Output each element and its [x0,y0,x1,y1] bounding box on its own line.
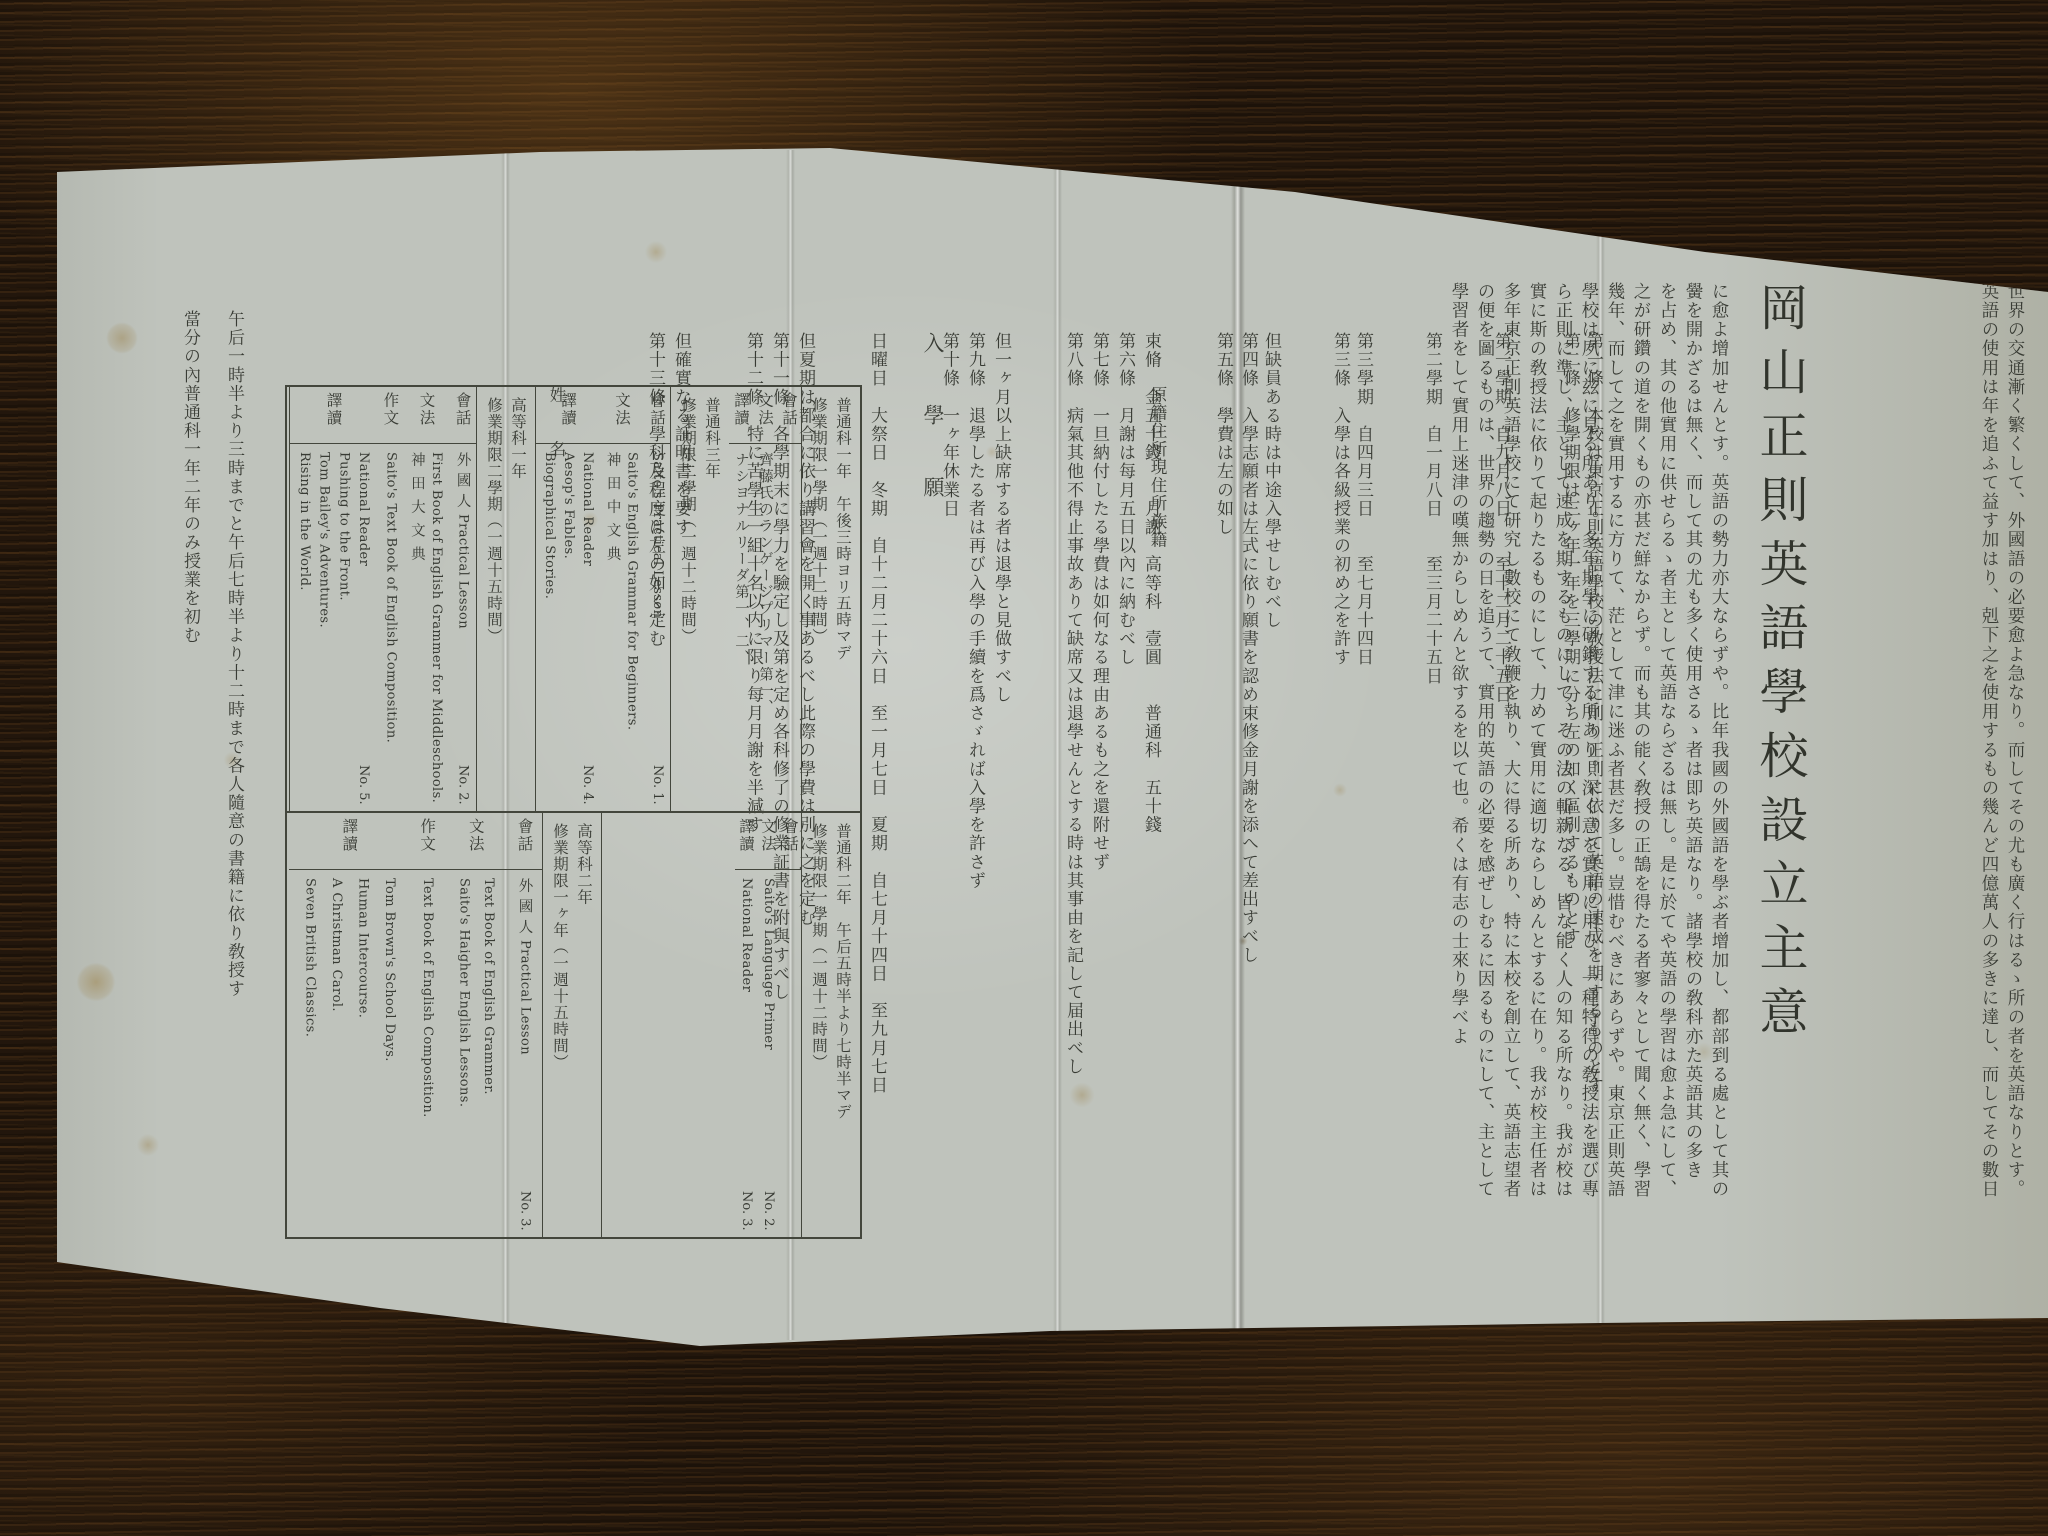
closing-note-column: 當分の內普通科一年二年のみ授業を初む [178,310,222,1170]
course-group-body: 會話文法齊藤氏のランゲージプリマー第一、譯讀ナシヨナルリーダ第一、二、 [729,387,802,811]
subject-books: Saito's Text Book of English Composition… [377,444,404,811]
course-name: 高等科一年 [506,397,530,805]
textbook-column: 神田中文典 [605,452,621,805]
subject-band: 文法 [445,813,507,870]
course-group: 普通科二年 午后五時半より七時半マデ修業期限一學期（一週十二時間）會話文法Sai… [735,813,860,1237]
subject-band: 文法 [757,813,779,870]
course-group-header: 普通科三年修業期限二學期（一週十二時間） [671,387,729,811]
course-group: 高等科二年修業期限一ヶ年（一週十五時間）會話外國人Practical Lesso… [289,813,601,1237]
article-column: 第一條 本校は東京正則英語學校の敎授法に則り正則に依りて英語の速成を期するものと… [1581,332,1604,1240]
course-group-body: 會話外國人Practical LessonNo. 2.文法First Book … [290,387,477,811]
textbook-title-en: Biographical Stories. [541,452,557,599]
subject-band: 作文 [377,387,404,444]
course-group: 普通科三年修業期限二學期（一週十二時間）會話Saito's Practical … [535,387,729,811]
subject-section: 文法齊藤氏のランゲージプリマー第一、 [753,387,777,811]
textbook-number: No. 2. [760,1181,776,1231]
textbook-title-en: Text Book of English Grammer. [480,878,496,1095]
textbook-column: First Book of English Grammer for Middle… [428,452,444,805]
textbook-title-en: Text Book of English Composition. [419,878,435,1118]
subject-books: Saito's Practical LessonNo. 1. [644,444,670,811]
subject-band: 會話 [779,813,801,870]
subject-section: 會話外國人Practical LessonNo. 2. [449,387,476,811]
subject-books: Text Book of English Composition. [410,870,445,1237]
regulation-column: 第十條 一ヶ年休業日 [936,332,962,1244]
closing-note-column: 岡山市東田町蓮昌寺不染院（新築まで） [0,310,178,1170]
subject-books [779,870,801,1237]
article-column: 第一學期 自九月八日 至十二月二十五日 [1489,332,1558,1240]
essay-column: 英語の使用は年を追ふて益す加はり、剋下之を使用するもの幾んど四億萬人の多きに達し… [1976,282,2002,1222]
articles-1-4-panel: 第一條 本校は東京正則英語學校の敎授法に則り正則に依りて英語の速成を期するものと… [1396,332,1604,1240]
textbook-title-en: Tom Bailey's Adventures. [316,452,332,628]
course-group-header: 高等科一年修業期限二學期（一週十五時間） [477,387,535,811]
article-column: 第二學期 自一月八日 至三月二十五日 [1420,332,1489,1240]
subject-label: 作文 [379,387,401,443]
course-period: 修業期限二學期（一週十五時間） [482,397,506,805]
textbook-column: Saito's Language PrimerNo. 2. [760,878,776,1231]
textbook-title-en: First Book of English Grammer for Middle… [428,452,444,803]
course-group: 高等科一年修業期限二學期（一週十五時間）會話外國人Practical Lesso… [289,387,535,811]
regulation-column: 第七條 一旦納付したる學費は如何なる理由あるも之を還附せず [1086,332,1112,1244]
textbook-column: 神田大文典 [409,452,425,805]
textbook-column: Seven British Classics. [302,878,318,1231]
subject-label: 譯讀 [735,813,757,869]
subject-label: 譯讀 [323,387,345,443]
textbook-note: 外國人 [516,878,532,940]
subject-label: 會話 [452,387,474,443]
subject-books: 外國人Practical LessonNo. 2. [449,444,476,811]
subject-books: Saito's Language PrimerNo. 2. [757,870,779,1237]
subject-books: Tom Brown's School Days.Human Intercours… [289,870,410,1237]
textbook-column: 齊藤氏のランゲージプリマー第一、 [757,452,773,805]
textbook-column: Text Book of English Composition. [419,878,435,1231]
course-name: 高等科二年 [572,823,596,1231]
subject-label: 文法 [416,387,438,443]
essay-column: に愈よ增加せんとす。英語の勢力亦大ならずや。比年我國の外國語を學ぶ者增加し、都部… [1706,282,1732,1222]
subject-section: 會話 [777,387,801,811]
subject-section: 會話 [779,813,801,1237]
essay-column: 世界の交通漸く繁くして、外國語の必要愈よ急なり。而してその尤も廣く行はるゝ所の者… [2002,282,2028,1222]
subject-band: 譯讀 [290,387,377,444]
subject-band: 會話 [644,387,670,444]
subject-books: ナシヨナルリーダ第一、二、 [729,444,753,811]
textbook-number: No. 2. [455,755,471,805]
closing-note-column: 午后一時半より三時までと午后七時半より十二時まで各人隨意の書籍に依り敎授す [222,310,266,1170]
subject-label: 譯讀 [730,387,752,443]
subject-section: 文法Text Book of English Grammer.Saito's H… [445,813,507,1237]
textbook-title-en: A Christman Carol. [328,878,344,1012]
subject-label: 會話 [513,813,535,869]
textbook-title-en: Saito's English Grammar for Beginners. [623,452,639,730]
subject-label: 文法 [757,813,779,869]
regulation-column: 束脩 金五十錢 月謝 高等科 壹圓 普通科 五十錢 [1138,332,1210,1244]
subject-band: 文法 [404,387,450,444]
textbook-title-en: Practical Lesson [455,514,471,629]
subject-section: 譯讀National ReaderNo. 3. [735,813,757,1237]
regulation-column: 第六條 月謝は每月五日以內に納むべし [1112,332,1138,1244]
textbook-column: National ReaderNo. 5. [355,452,371,805]
textbook-title-en: Saito's Practical Lesson [649,452,665,618]
course-group-body: 會話外國人Practical LessonNo. 3.文法Text Book o… [289,813,543,1237]
course-group-body: 會話文法Saito's Language PrimerNo. 2.譯讀Natio… [735,813,802,1237]
subject-label: 譯讀 [338,813,360,869]
textbook-title-en: Practical Lesson [516,940,532,1055]
textbook-column: National ReaderNo. 3. [738,878,754,1231]
textbook-title-jp: 神田中文典 [605,452,621,570]
subject-section: 文法Saito's English Grammar for Beginners.… [600,387,644,811]
essay-column: 幾年、而して之を實用するに方りて、茫として津に迷ふ者甚だ多し。豈惜むべきにあらず… [1602,282,1628,1222]
course-period: 修業期限二學期（一週十二時間） [676,397,700,805]
course-group: 普通科一年 午後三時ヨリ五時マデ修業期限一學期（一週十二時間）會話文法齊藤氏のラ… [729,387,860,811]
subject-label: 文法 [465,813,487,869]
subject-band: 譯讀 [289,813,410,870]
course-group-header: 普通科一年 午後三時ヨリ五時マデ修業期限一學期（一週十二時間） [802,387,860,811]
textbook-title-jp: 神田大文典 [409,452,425,570]
subject-section: 會話Saito's Practical LessonNo. 1. [644,387,670,811]
subject-band: 文法 [600,387,644,444]
closing-notes-panel: 午后一時半より三時までと午后七時半より十二時まで各人隨意の書籍に依り敎授す當分の… [88,310,266,1170]
subject-books: National ReaderNo. 3. [735,870,757,1237]
textbook-title-en: Saito's Haigher English Lessons. [455,878,471,1107]
textbook-column: Human Intercourse. [355,878,371,1231]
textbook-title-en: National Reader [738,878,754,992]
textbook-title-en: Saito's Text Book of English Composition… [382,452,398,743]
textbook-column: 外國人Practical LessonNo. 2. [455,452,471,805]
subject-label: 譯讀 [557,387,579,443]
textbook-title-en: Rising in the World. [296,452,312,591]
curriculum-table: 普通科一年 午後三時ヨリ五時マデ修業期限一學期（一週十二時間）會話文法齊藤氏のラ… [285,385,862,1239]
application-form: 原籍住所現住所族籍姓 名生年月日私儀御校何科何年級に入學致度此段奉願候也年月日右… [1236,386,1408,1286]
subject-band: 文法 [753,387,777,444]
textbook-column: A Christman Carol. [328,878,344,1231]
subject-label: 會話 [646,387,668,443]
subject-label: 作文 [416,813,438,869]
subject-books [777,444,801,811]
subject-label: 文法 [611,387,633,443]
textbook-column: Tom Brown's School Days. [381,878,397,1231]
course-period: 修業期限一學期（一週十二時間） [807,823,831,1231]
subject-label: 會話 [779,813,801,869]
subject-books: Text Book of English Grammer.Saito's Hai… [445,870,507,1237]
subject-band: 譯讀 [735,813,757,870]
subject-books: 外國人Practical LessonNo. 3. [507,870,542,1237]
regulation-column: 但一ヶ月以上缺席する者は退學と見做すべし [988,332,1060,1244]
subject-section: 作文Saito's Text Book of English Compositi… [377,387,404,811]
textbook-column: 外國人Practical LessonNo. 3. [516,878,532,1231]
textbook-column: Saito's Haigher English Lessons. [455,878,471,1231]
course-table-row: 普通科一年 午後三時ヨリ五時マデ修業期限一學期（一週十二時間）會話文法齊藤氏のラ… [287,387,860,811]
textbook-title-en: National Reader [579,452,595,566]
textbook-number: No. 3. [738,1181,754,1231]
textbook-column: Saito's Text Book of English Composition… [382,452,398,805]
regulation-column: 第八條 病氣其他不得止事故ありて缺席又は退學せんとする時は其事由を記して届出べし [1060,332,1086,1244]
textbook-column: Saito's Practical LessonNo. 1. [649,452,665,805]
textbook-title-en: Aesop's Fables. [560,452,576,559]
subject-section: 譯讀ナシヨナルリーダ第一、二、 [729,387,753,811]
founding-statement-panel: 世界の交通漸く繁くして、外國語の必要愈よ急なり。而してその尤も廣く行はるゝ所の者… [1598,282,2028,1222]
essay-column: を占め、其の他實用に供せらるゝ者主として英語ならざるは無し。是に於てや英語の學習… [1654,282,1680,1222]
main-title: 岡山正則英語學校設立主意 [1747,282,1961,1222]
textbook-number: No. 5. [355,755,371,805]
course-name: 普通科三年 [700,397,724,805]
subject-band: 會話 [507,813,542,870]
subject-band: 會話 [777,387,801,444]
textbook-title-jp: ナシヨナルリーダ第一、二、 [733,452,749,667]
subject-label: 會話 [778,387,800,443]
subject-section: 譯讀National ReaderNo. 4.Aesop's Fables.Bi… [536,387,600,811]
textbook-column: ナシヨナルリーダ第一、二、 [733,452,749,805]
textbook-column: Pushing to the Front. [335,452,351,805]
textbook-title-en: Seven British Classics. [302,878,318,1037]
course-name: 普通科二年 午后五時半より七時半マデ [831,823,855,1231]
article-column: 第二條 修學期限は三ヶ年一年を三學期に分ち左の如く區別するものとす [1558,332,1581,1240]
subject-section: 文法Saito's Language PrimerNo. 2. [757,813,779,1237]
textbook-column: Rising in the World. [296,452,312,805]
essay-column: 之が研鑽の道を開くもの亦甚だ鮮なからず。而も其の能く敎授の正鵠を得たる者寥々とし… [1628,282,1654,1222]
textbook-title-en: Pushing to the Front. [335,452,351,601]
paper-sheet: 世界の交通漸く繁くして、外國語の必要愈よ急なり。而してその尤も廣く行はるゝ所の者… [0,0,2048,1536]
textbook-column: Aesop's Fables. [560,452,576,805]
articles-5-13-panel: 第五條 學費は左の如し束脩 金五十錢 月謝 高等科 壹圓 普通科 五十錢第六條 … [858,332,1236,1244]
course-period: 修業期限一學期（一週十二時間） [807,397,831,805]
textbook-column: Tom Bailey's Adventures. [316,452,332,805]
course-group-header: 普通科二年 午后五時半より七時半マデ修業期限一學期（一週十二時間） [802,813,860,1237]
subject-label: 文法 [754,387,776,443]
textbook-number: No. 3. [516,1181,532,1231]
photograph-of-prospectus: 世界の交通漸く繁くして、外國語の必要愈よ急なり。而してその尤も廣く行はるゝ所の者… [0,0,2048,1536]
course-group-header: 高等科二年修業期限一ヶ年（一週十五時間） [543,813,601,1237]
textbook-column: Saito's English Grammar for Beginners. [623,452,639,805]
subject-band: 作文 [410,813,445,870]
subject-section: 文法First Book of English Grammer for Midd… [404,387,450,811]
subject-section: 會話外國人Practical LessonNo. 3. [507,813,542,1237]
textbook-column: Text Book of English Grammer. [480,878,496,1231]
textbook-title-en: Tom Brown's School Days. [381,878,397,1062]
subject-band: 譯讀 [536,387,600,444]
essay-column: 黌を開かざるは無く、而して其の尤も多く使用さるゝ者は即ち英語なり。諸學校の敎科亦… [1680,282,1706,1222]
regulation-column: 第九條 退學したる者は再び入學の手續を爲さゞれば入學を許さず [962,332,988,1244]
subject-books: 齊藤氏のランゲージプリマー第一、 [753,444,777,811]
textbook-title-jp: 齊藤氏のランゲージプリマー第一、 [757,452,773,716]
subject-band: 譯讀 [729,387,753,444]
subject-books: First Book of English Grammer for Middle… [404,444,450,811]
subject-section: 作文Text Book of English Composition. [410,813,445,1237]
textbook-column: National ReaderNo. 4. [579,452,595,805]
textbook-title-en: National Reader [355,452,371,566]
subject-books: National ReaderNo. 4.Aesop's Fables.Biog… [536,444,600,811]
textbook-number: No. 4. [579,755,595,805]
course-name: 普通科一年 午後三時ヨリ五時マデ [831,397,855,805]
textbook-title-en: Saito's Language Primer [760,878,776,1050]
subject-section: 譯讀Tom Brown's School Days.Human Intercou… [289,813,410,1237]
subject-books: Saito's English Grammar for Beginners.神田… [600,444,644,811]
course-table-row: 普通科二年 午后五時半より七時半マデ修業期限一學期（一週十二時間）會話文法Sai… [287,811,860,1237]
subject-section: 譯讀National ReaderNo. 5.Pushing to the Fr… [290,387,377,811]
textbook-note: 外國人 [455,452,471,514]
subject-books: National ReaderNo. 5.Pushing to the Fron… [290,444,377,811]
textbook-title-en: Human Intercourse. [355,878,371,1018]
course-group-body: 會話Saito's Practical LessonNo. 1.文法Saito'… [536,387,671,811]
course-period: 修業期限一ヶ年（一週十五時間） [548,823,572,1231]
subject-band: 會話 [449,387,476,444]
regulation-column: 第五條 學費は左の如し [1210,332,1236,1244]
regulation-column: 日曜日 大祭日 冬期 自十二月二十六日 至一月七日 夏期 自七月十四日 至九月七… [864,332,936,1244]
textbook-number: No. 1. [649,755,665,805]
table-empty-cell [601,813,735,1237]
textbook-column: Biographical Stories. [541,452,557,805]
